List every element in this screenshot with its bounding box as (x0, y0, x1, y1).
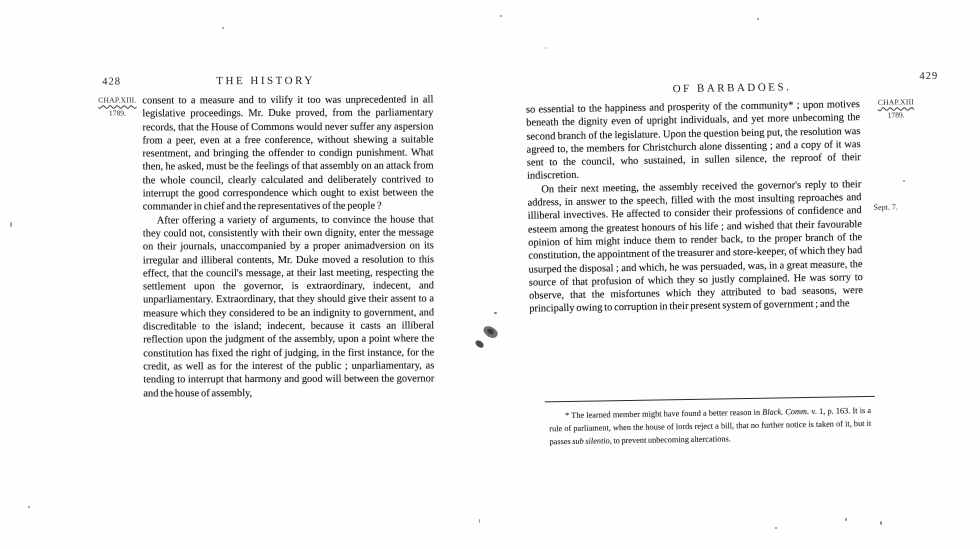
dust-speck (545, 47, 546, 49)
left-paragraph-2: After offering a variety of arguments, t… (143, 213, 435, 400)
right-page-number: 429 (919, 71, 938, 82)
ink-dot (494, 312, 497, 314)
footnote: * The learned member might have found a … (549, 404, 872, 448)
footnote-rule (545, 396, 875, 402)
left-running-head: THE HISTORY (216, 75, 315, 87)
right-body-text: so essential to the happiness and prospe… (526, 98, 863, 316)
left-body-text: consent to a measure and to vilify it to… (142, 93, 434, 400)
right-margin-note: CHAP.XIII 1789. (865, 97, 927, 120)
footnote-citation: Black. Comm. (762, 407, 809, 417)
right-margin-chapter: CHAP.XIII (878, 97, 914, 107)
footnote-latin-phrase: sub silentio (572, 436, 610, 446)
dust-speck (479, 519, 480, 523)
dust-speck (775, 527, 777, 529)
left-page-number: 428 (102, 77, 121, 88)
left-page: 428 THE HISTORY CHAP.XIII. 1789. consent… (94, 73, 440, 494)
right-margin-year: 1789. (865, 110, 927, 120)
footnote-text: * The learned member might have found a … (549, 404, 872, 448)
dust-speck (845, 518, 847, 521)
dust-speck (222, 27, 224, 29)
dust-speck (500, 15, 502, 17)
left-paragraph-1: consent to a measure and to vilify it to… (142, 93, 433, 214)
dust-speck (10, 222, 12, 227)
right-running-head: OF BARBADOES. (673, 81, 792, 95)
left-margin-year: 1789. (94, 108, 140, 117)
left-margin-note: CHAP.XIII. 1789. (94, 95, 140, 117)
left-margin-chapter: CHAP.XIII. (98, 95, 136, 104)
dust-speck (880, 521, 882, 525)
ink-blot-small (474, 339, 485, 349)
dust-speck (903, 180, 905, 182)
right-page: OF BARBADOES. 429 CHAP.XIII 1789. Sept. … (519, 58, 976, 485)
right-margin-date: Sept. 7. (874, 202, 898, 211)
dust-speck (28, 506, 30, 508)
dust-speck (757, 18, 759, 20)
footnote-part3: , to prevent unbecoming altercations. (610, 434, 731, 445)
right-paragraph-1: so essential to the happiness and prospe… (526, 98, 861, 183)
footnote-part1: The learned member might have found a be… (569, 408, 762, 420)
right-paragraph-2: On their next meeting, the assembly rece… (527, 178, 863, 316)
